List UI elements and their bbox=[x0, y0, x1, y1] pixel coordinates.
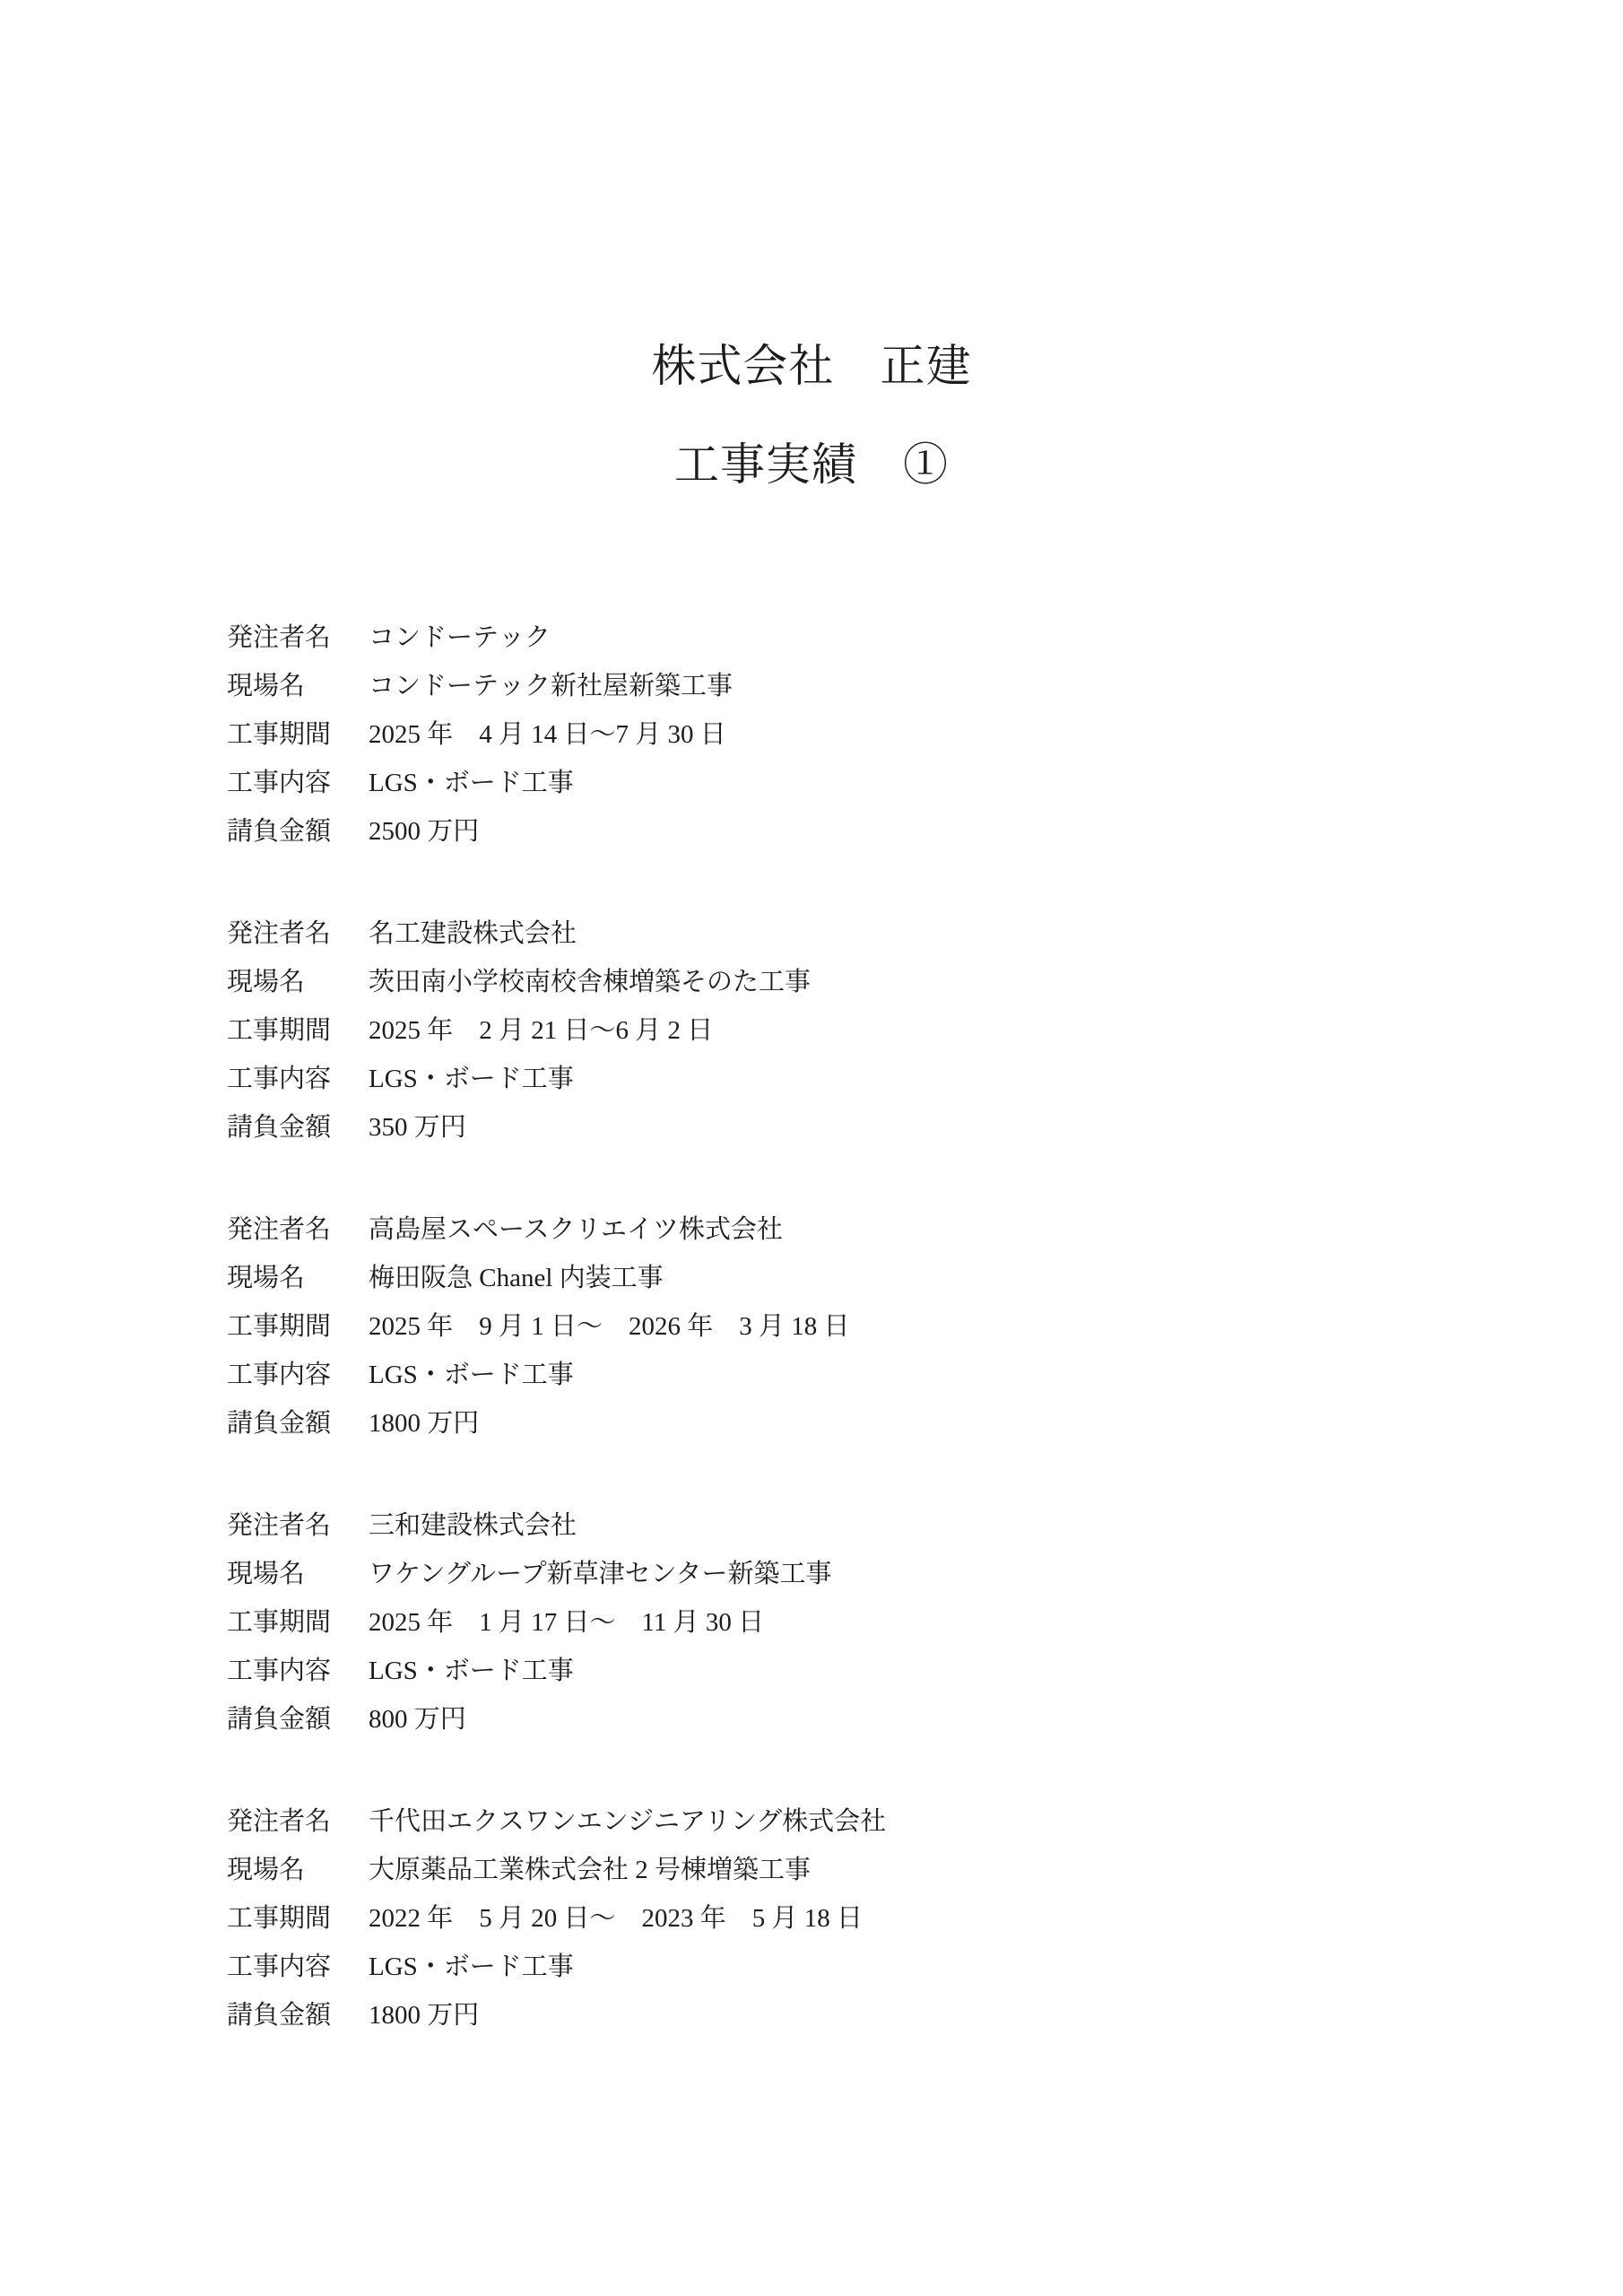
field-label-amount: 請負金額 bbox=[227, 1399, 369, 1448]
field-label-content: 工事内容 bbox=[227, 1647, 369, 1695]
project-record: 発注者名 名工建設株式会社 現場名 茨田南小学校南校舎棟増築そのた工事 工事期間… bbox=[227, 909, 1515, 1152]
field-value-site: 梅田阪急 Chanel 内装工事 bbox=[369, 1254, 1515, 1302]
field-label-period: 工事期間 bbox=[227, 1302, 369, 1351]
field-label-content: 工事内容 bbox=[227, 1351, 369, 1399]
field-value-amount: 1800 万円 bbox=[369, 1991, 1515, 2039]
field-label-orderer: 発注者名 bbox=[227, 1797, 369, 1846]
field-value-content: LGS・ボード工事 bbox=[369, 1351, 1515, 1399]
field-value-content: LGS・ボード工事 bbox=[369, 759, 1515, 807]
field-value-amount: 350 万円 bbox=[369, 1103, 1515, 1152]
field-row-site: 現場名 梅田阪急 Chanel 内装工事 bbox=[227, 1254, 1515, 1302]
project-list: 発注者名 コンドーテック 現場名 コンドーテック新社屋新築工事 工事期間 202… bbox=[0, 613, 1623, 2039]
field-value-site: ワケングループ新草津センター新築工事 bbox=[369, 1550, 1515, 1598]
field-row-orderer: 発注者名 名工建設株式会社 bbox=[227, 909, 1515, 958]
field-label-period: 工事期間 bbox=[227, 1894, 369, 1943]
field-row-site: 現場名 コンドーテック新社屋新築工事 bbox=[227, 662, 1515, 710]
field-value-orderer: 三和建設株式会社 bbox=[369, 1501, 1515, 1550]
field-row-period: 工事期間 2025 年 9 月 1 日～ 2026 年 3 月 18 日 bbox=[227, 1302, 1515, 1351]
field-row-amount: 請負金額 350 万円 bbox=[227, 1103, 1515, 1152]
project-record: 発注者名 千代田エクスワンエンジニアリング株式会社 現場名 大原薬品工業株式会社… bbox=[227, 1797, 1515, 2039]
field-value-site: 大原薬品工業株式会社 2 号棟増築工事 bbox=[369, 1846, 1515, 1894]
field-row-period: 工事期間 2022 年 5 月 20 日～ 2023 年 5 月 18 日 bbox=[227, 1894, 1515, 1943]
field-row-orderer: 発注者名 三和建設株式会社 bbox=[227, 1501, 1515, 1550]
field-value-amount: 1800 万円 bbox=[369, 1399, 1515, 1448]
field-value-orderer: 千代田エクスワンエンジニアリング株式会社 bbox=[369, 1797, 1515, 1846]
field-row-orderer: 発注者名 高島屋スペースクリエイツ株式会社 bbox=[227, 1205, 1515, 1254]
document-page: 株式会社 正建 工事実績 ① 発注者名 コンドーテック 現場名 コンドーテック新… bbox=[0, 0, 1623, 2296]
field-label-amount: 請負金額 bbox=[227, 1103, 369, 1152]
project-record: 発注者名 三和建設株式会社 現場名 ワケングループ新草津センター新築工事 工事期… bbox=[227, 1501, 1515, 1744]
field-label-site: 現場名 bbox=[227, 1550, 369, 1598]
field-row-amount: 請負金額 1800 万円 bbox=[227, 1399, 1515, 1448]
field-row-period: 工事期間 2025 年 1 月 17 日～ 11 月 30 日 bbox=[227, 1598, 1515, 1647]
field-value-content: LGS・ボード工事 bbox=[369, 1943, 1515, 1991]
field-value-period: 2025 年 4 月 14 日～7 月 30 日 bbox=[369, 710, 1515, 759]
field-label-period: 工事期間 bbox=[227, 1598, 369, 1647]
field-value-amount: 2500 万円 bbox=[369, 807, 1515, 856]
field-label-orderer: 発注者名 bbox=[227, 1205, 369, 1254]
project-record: 発注者名 コンドーテック 現場名 コンドーテック新社屋新築工事 工事期間 202… bbox=[227, 613, 1515, 856]
field-label-content: 工事内容 bbox=[227, 1055, 369, 1103]
field-row-content: 工事内容 LGS・ボード工事 bbox=[227, 759, 1515, 807]
field-row-site: 現場名 茨田南小学校南校舎棟増築そのた工事 bbox=[227, 958, 1515, 1006]
field-value-orderer: 高島屋スペースクリエイツ株式会社 bbox=[369, 1205, 1515, 1254]
field-row-content: 工事内容 LGS・ボード工事 bbox=[227, 1055, 1515, 1103]
field-label-orderer: 発注者名 bbox=[227, 613, 369, 662]
field-label-period: 工事期間 bbox=[227, 1006, 369, 1055]
field-row-site: 現場名 ワケングループ新草津センター新築工事 bbox=[227, 1550, 1515, 1598]
field-row-content: 工事内容 LGS・ボード工事 bbox=[227, 1647, 1515, 1695]
field-label-amount: 請負金額 bbox=[227, 1695, 369, 1744]
field-row-amount: 請負金額 800 万円 bbox=[227, 1695, 1515, 1744]
field-label-content: 工事内容 bbox=[227, 1943, 369, 1991]
field-value-period: 2025 年 1 月 17 日～ 11 月 30 日 bbox=[369, 1598, 1515, 1647]
field-value-site: コンドーテック新社屋新築工事 bbox=[369, 662, 1515, 710]
field-value-content: LGS・ボード工事 bbox=[369, 1055, 1515, 1103]
field-label-site: 現場名 bbox=[227, 1846, 369, 1894]
field-label-period: 工事期間 bbox=[227, 710, 369, 759]
field-label-content: 工事内容 bbox=[227, 759, 369, 807]
company-title: 株式会社 正建 bbox=[0, 0, 1623, 393]
field-value-period: 2022 年 5 月 20 日～ 2023 年 5 月 18 日 bbox=[369, 1894, 1515, 1943]
field-row-orderer: 発注者名 コンドーテック bbox=[227, 613, 1515, 662]
field-value-site: 茨田南小学校南校舎棟増築そのた工事 bbox=[369, 958, 1515, 1006]
field-row-content: 工事内容 LGS・ボード工事 bbox=[227, 1351, 1515, 1399]
field-value-amount: 800 万円 bbox=[369, 1695, 1515, 1744]
field-row-period: 工事期間 2025 年 4 月 14 日～7 月 30 日 bbox=[227, 710, 1515, 759]
field-row-orderer: 発注者名 千代田エクスワンエンジニアリング株式会社 bbox=[227, 1797, 1515, 1846]
field-label-amount: 請負金額 bbox=[227, 1991, 369, 2039]
field-value-orderer: コンドーテック bbox=[369, 613, 1515, 662]
field-row-amount: 請負金額 2500 万円 bbox=[227, 807, 1515, 856]
field-value-orderer: 名工建設株式会社 bbox=[369, 909, 1515, 958]
field-label-site: 現場名 bbox=[227, 662, 369, 710]
field-value-content: LGS・ボード工事 bbox=[369, 1647, 1515, 1695]
page-subtitle: 工事実績 ① bbox=[0, 438, 1623, 491]
field-row-content: 工事内容 LGS・ボード工事 bbox=[227, 1943, 1515, 1991]
field-label-site: 現場名 bbox=[227, 1254, 369, 1302]
field-row-amount: 請負金額 1800 万円 bbox=[227, 1991, 1515, 2039]
field-label-site: 現場名 bbox=[227, 958, 369, 1006]
field-row-period: 工事期間 2025 年 2 月 21 日～6 月 2 日 bbox=[227, 1006, 1515, 1055]
field-value-period: 2025 年 9 月 1 日～ 2026 年 3 月 18 日 bbox=[369, 1302, 1515, 1351]
field-label-orderer: 発注者名 bbox=[227, 909, 369, 958]
field-row-site: 現場名 大原薬品工業株式会社 2 号棟増築工事 bbox=[227, 1846, 1515, 1894]
field-label-amount: 請負金額 bbox=[227, 807, 369, 856]
field-value-period: 2025 年 2 月 21 日～6 月 2 日 bbox=[369, 1006, 1515, 1055]
field-label-orderer: 発注者名 bbox=[227, 1501, 369, 1550]
project-record: 発注者名 高島屋スペースクリエイツ株式会社 現場名 梅田阪急 Chanel 内装… bbox=[227, 1205, 1515, 1448]
